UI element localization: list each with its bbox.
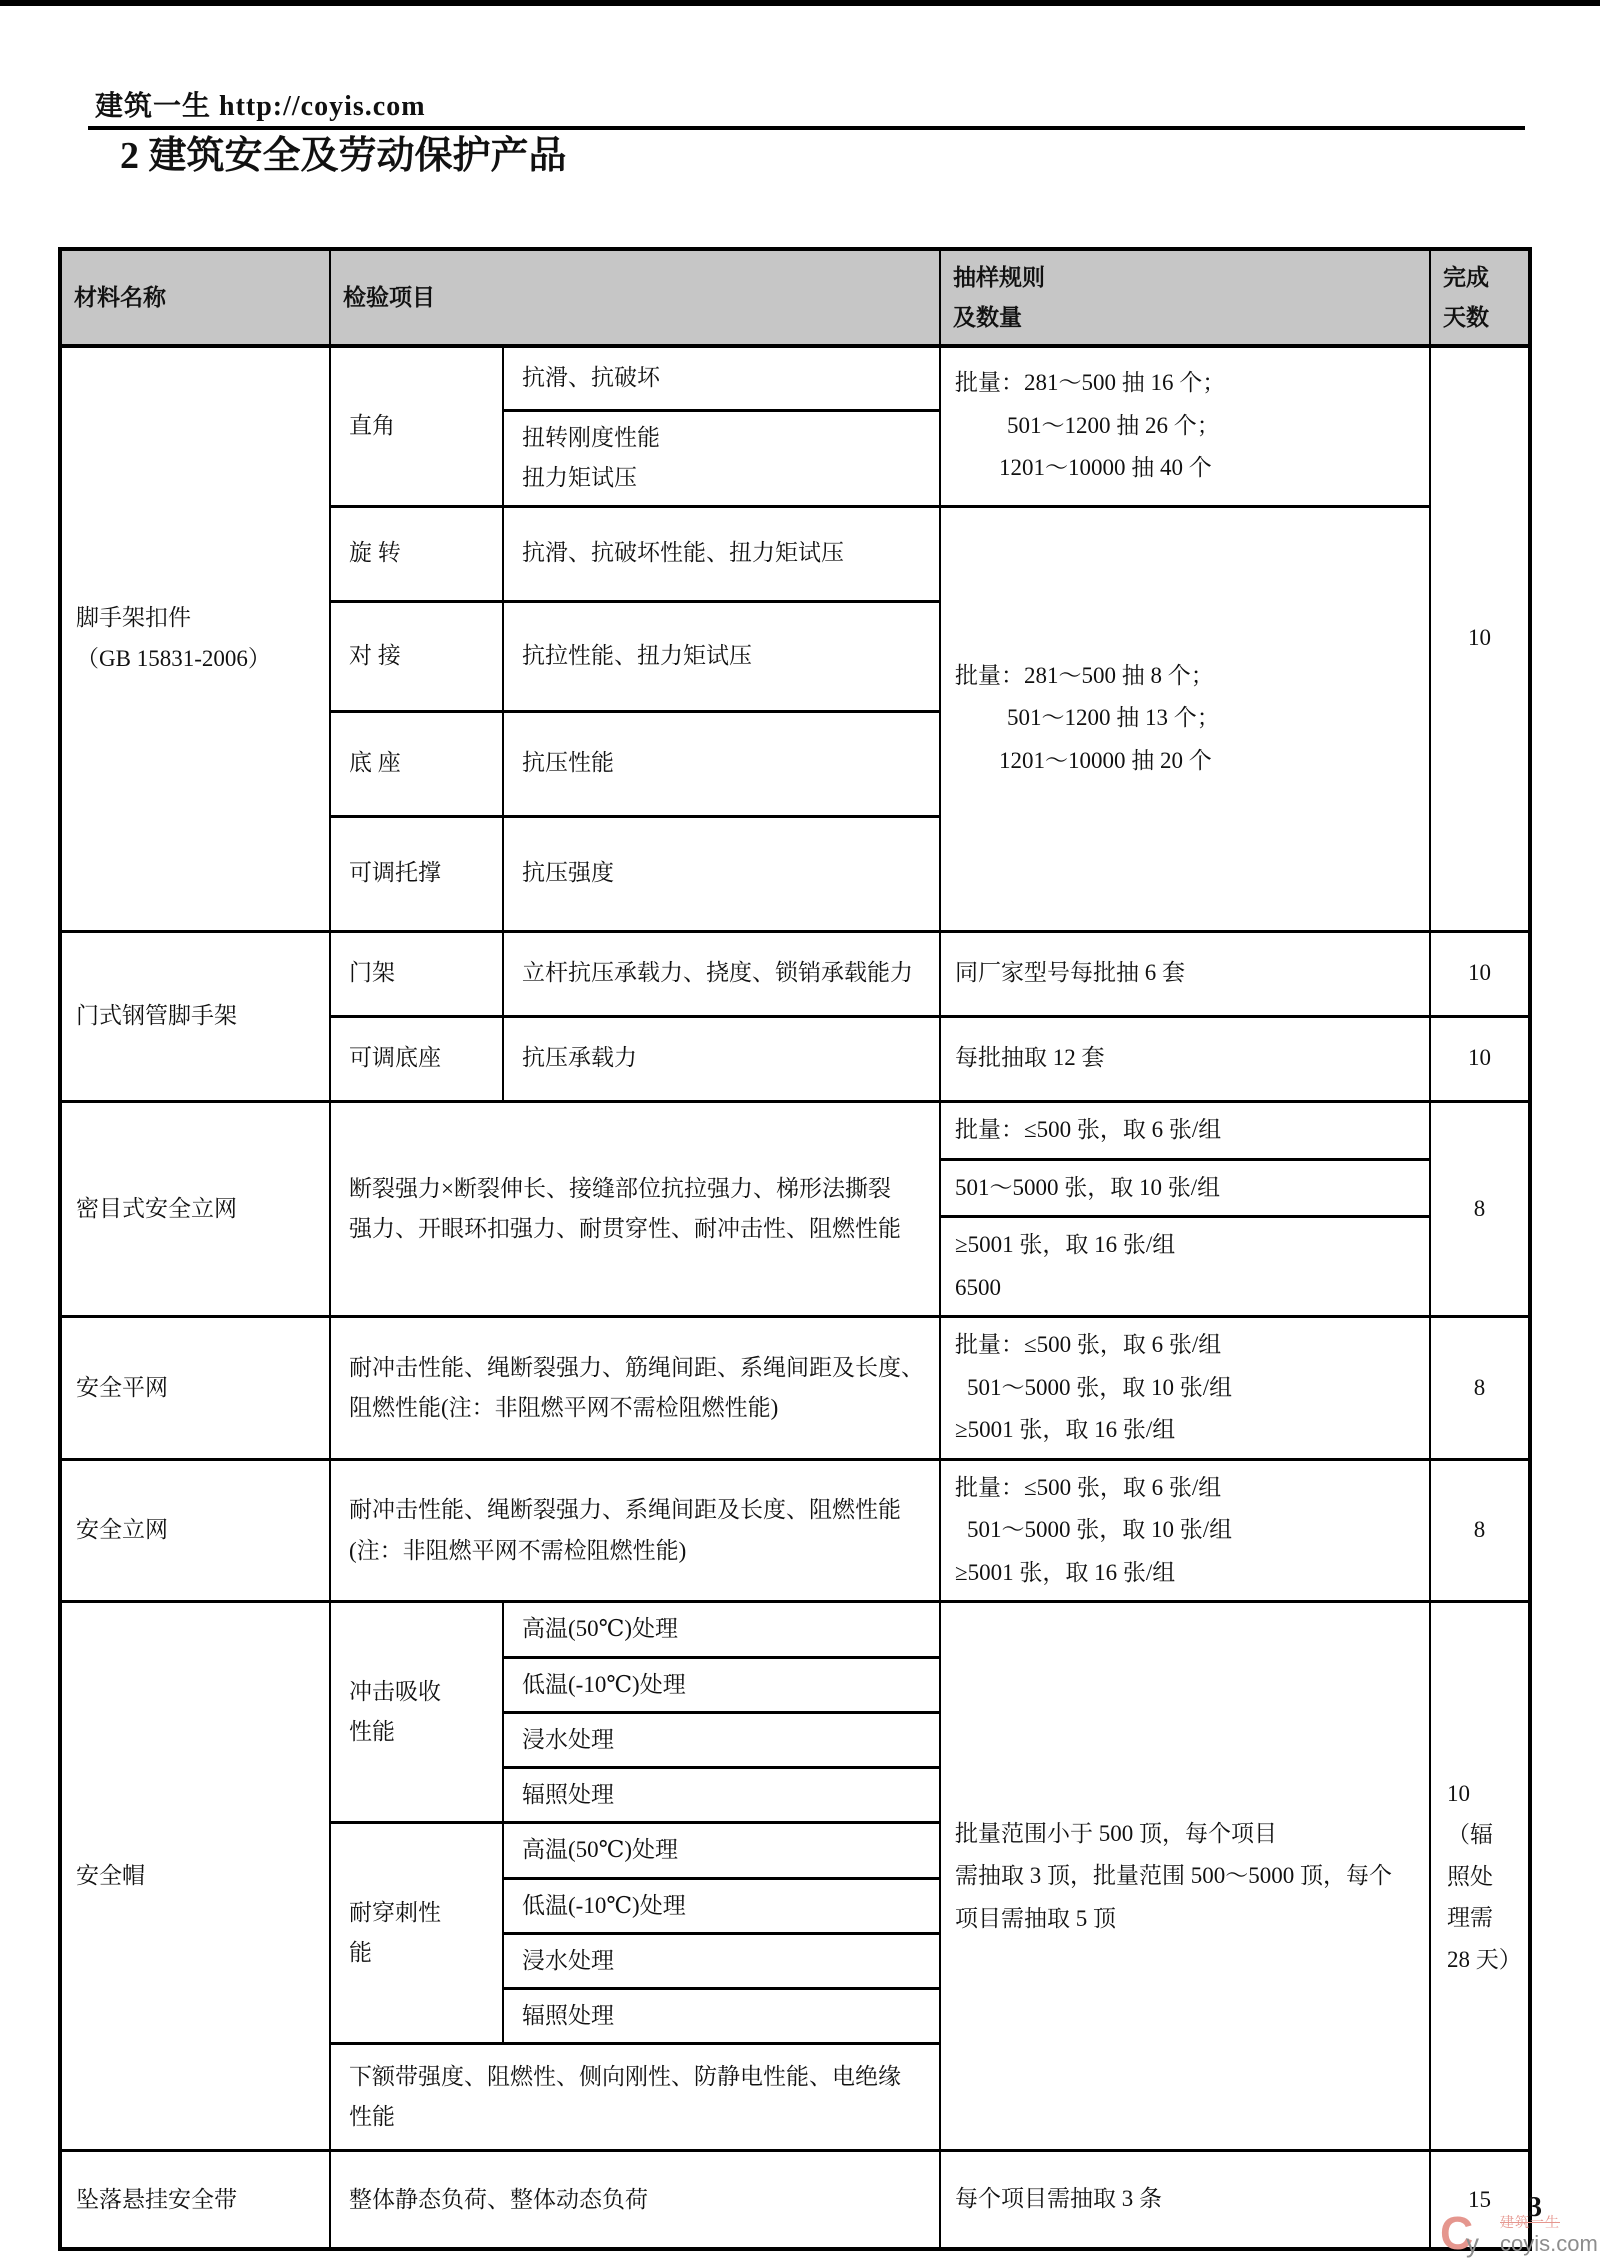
test-safety-flat-net: 耐冲击性能、绳断裂强力、筋绳间距、系绳间距及长度、 阻燃性能(注：非阻燃平网不需… <box>330 1317 940 1460</box>
days-note-line: 照处 <box>1447 1856 1524 1897</box>
days-dense-mesh: 8 <box>1430 1101 1530 1317</box>
item-line: 性能 <box>349 1712 490 1752</box>
item-butt-joint: 对 接 <box>330 601 503 711</box>
sampling-line: 501～1200 抽 13 个； <box>955 697 1417 740</box>
test-impact-soak: 浸水处理 <box>503 1712 940 1767</box>
test-line: 强力、开眼环扣强力、耐贯穿性、耐冲击性、阻燃性能 <box>349 1209 927 1249</box>
sampling-adjustable-base: 每批抽取 12 套 <box>940 1016 1430 1101</box>
sampling-dense-mesh-1: 批量：≤500 张，取 6 张/组 <box>940 1101 1430 1159</box>
logo-brand-cn: 建筑一生 <box>1500 2212 1598 2232</box>
sampling-line: 501～1200 抽 26 个； <box>955 405 1417 448</box>
test-line: (注：非阻燃平网不需检阻燃性能) <box>349 1531 927 1571</box>
sampling-line: 501～5000 张，取 10 张/组 <box>955 1367 1417 1410</box>
material-scaffold-coupler: 脚手架扣件 （GB 15831-2006） <box>60 346 330 932</box>
sampling-line: ≥5001 张，取 16 张/组 <box>955 1409 1417 1452</box>
table-row: 门式钢管脚手架 门架 立杆抗压承载力、挠度、锁销承载能力 同厂家型号每批抽 6 … <box>60 931 1530 1016</box>
item-rotating: 旋 转 <box>330 506 503 601</box>
table-header-row: 材料名称 检验项目 抽样规则 及数量 完成 天数 <box>60 249 1530 346</box>
table-row: 安全立网 耐冲击性能、绳断裂强力、系绳间距及长度、阻燃性能 (注：非阻燃平网不需… <box>60 1459 1530 1602</box>
test-rotating: 抗滑、抗破坏性能、扭力矩试压 <box>503 506 940 601</box>
item-line: 冲击吸收 <box>349 1672 490 1712</box>
inspection-table: 材料名称 检验项目 抽样规则 及数量 完成 天数 脚手架扣件 （GB 15831… <box>58 247 1532 2251</box>
test-line: 扭转刚度性能 <box>522 418 927 458</box>
test-fall-arrest-harness: 整体静态负荷、整体动态负荷 <box>330 2151 940 2249</box>
scan-edge-strip <box>0 0 1600 6</box>
header-days: 完成 天数 <box>1430 249 1530 346</box>
sampling-line: 批量：≤500 张，取 6 张/组 <box>955 1324 1417 1367</box>
material-fall-arrest-harness: 坠落悬挂安全带 <box>60 2151 330 2249</box>
table-row: 坠落悬挂安全带 整体静态负荷、整体动态负荷 每个项目需抽取 3 条 15 <box>60 2151 1530 2249</box>
item-door-frame: 门架 <box>330 931 503 1016</box>
test-line: 阻燃性能(注：非阻燃平网不需检阻燃性能) <box>349 1388 927 1428</box>
logo-y-glyph: y <box>1466 2228 1479 2259</box>
test-butt-joint: 抗拉性能、扭力矩试压 <box>503 601 940 711</box>
sampling-door-frame: 同厂家型号每批抽 6 套 <box>940 931 1430 1016</box>
material-safety-helmet: 安全帽 <box>60 1602 330 2151</box>
footer-logo: C y 建筑一生 coyis.com <box>1440 2212 1598 2260</box>
sampling-line: ≥5001 张，取 16 张/组 <box>955 1224 1417 1267</box>
sampling-line: 1201～10000 抽 40 个 <box>955 447 1417 490</box>
item-base: 底 座 <box>330 711 503 816</box>
days-safety-helmet: 10 （辐 照处 理需 28 天） <box>1430 1602 1530 2151</box>
test-dense-mesh-net: 断裂强力×断裂伸长、接缝部位抗拉强力、梯形法撕裂 强力、开眼环扣强力、耐贯穿性、… <box>330 1101 940 1317</box>
sampling-coupler-1: 批量：281～500 抽 16 个； 501～1200 抽 26 个； 1201… <box>940 346 1430 507</box>
page-title: 2 建筑安全及劳动保护产品 <box>120 124 567 179</box>
header-sampling: 抽样规则 及数量 <box>940 249 1430 346</box>
test-adjustable-bracket: 抗压强度 <box>503 816 940 931</box>
test-puncture-high-temp: 高温(50℃)处理 <box>503 1823 940 1878</box>
sampling-dense-mesh-2: 501～5000 张，取 10 张/组 <box>940 1159 1430 1217</box>
item-line: 能 <box>349 1933 490 1973</box>
coyis-logo-icon: C y <box>1440 2212 1498 2260</box>
sampling-line: ≥5001 张，取 16 张/组 <box>955 1552 1417 1595</box>
logo-brand-url: coyis.com <box>1500 2232 1598 2256</box>
table-row: 安全平网 耐冲击性能、绳断裂强力、筋绳间距、系绳间距及长度、 阻燃性能(注：非阻… <box>60 1317 1530 1460</box>
test-impact-irradiation: 辐照处理 <box>503 1768 940 1823</box>
days-note-line: （辐 <box>1447 1814 1524 1855</box>
days-note-line: 理需 <box>1447 1897 1524 1938</box>
item-impact-absorption: 冲击吸收 性能 <box>330 1602 503 1823</box>
sampling-dense-mesh-3: ≥5001 张，取 16 张/组 6500 <box>940 1217 1430 1317</box>
test-puncture-low-temp: 低温(-10℃)处理 <box>503 1878 940 1933</box>
sampling-line: 需抽取 3 顶，批量范围 500～5000 顶，每个 <box>955 1855 1417 1898</box>
test-puncture-soak: 浸水处理 <box>503 1933 940 1988</box>
test-helmet-other: 下额带强度、阻燃性、侧向刚性、防静电性能、电绝缘 性能 <box>330 2044 940 2151</box>
sampling-line: 项目需抽取 5 顶 <box>955 1898 1417 1941</box>
item-adjustable-bracket: 可调托撑 <box>330 816 503 931</box>
test-line: 耐冲击性能、绳断裂强力、筋绳间距、系绳间距及长度、 <box>349 1348 927 1388</box>
item-puncture-resistance: 耐穿刺性 能 <box>330 1823 503 2044</box>
item-line: 耐穿刺性 <box>349 1893 490 1933</box>
site-header: 建筑一生 http://coyis.com <box>95 84 426 124</box>
test-safety-vertical-net: 耐冲击性能、绳断裂强力、系绳间距及长度、阻燃性能 (注：非阻燃平网不需检阻燃性能… <box>330 1459 940 1602</box>
test-right-angle-2: 扭转刚度性能 扭力矩试压 <box>503 411 940 507</box>
days-note-line: 28 天） <box>1447 1939 1524 1980</box>
material-safety-flat-net: 安全平网 <box>60 1317 330 1460</box>
item-adjustable-base: 可调底座 <box>330 1016 503 1101</box>
sampling-line: 501～5000 张，取 10 张/组 <box>955 1509 1417 1552</box>
test-impact-high-temp: 高温(50℃)处理 <box>503 1602 940 1657</box>
test-door-frame: 立杆抗压承载力、挠度、锁销承载能力 <box>503 931 940 1016</box>
sampling-safety-vertical-net: 批量：≤500 张，取 6 张/组 501～5000 张，取 10 张/组 ≥5… <box>940 1459 1430 1602</box>
header-days-line1: 完成 <box>1443 257 1516 297</box>
days-safety-flat-net: 8 <box>1430 1317 1530 1460</box>
material-safety-vertical-net: 安全立网 <box>60 1459 330 1602</box>
test-line: 性能 <box>349 2097 927 2137</box>
item-right-angle: 直角 <box>330 346 503 507</box>
sampling-line: 批量：≤500 张，取 6 张/组 <box>955 1467 1417 1510</box>
header-days-line2: 天数 <box>1443 297 1516 337</box>
test-puncture-irradiation: 辐照处理 <box>503 1989 940 2044</box>
sampling-safety-flat-net: 批量：≤500 张，取 6 张/组 501～5000 张，取 10 张/组 ≥5… <box>940 1317 1430 1460</box>
material-dense-mesh-net: 密目式安全立网 <box>60 1101 330 1317</box>
test-base: 抗压性能 <box>503 711 940 816</box>
header-sampling-line1: 抽样规则 <box>953 257 1417 297</box>
table-row: 脚手架扣件 （GB 15831-2006） 直角 抗滑、抗破坏 批量：281～5… <box>60 346 1530 411</box>
sampling-line: 1201～10000 抽 20 个 <box>955 740 1417 783</box>
sampling-coupler-2: 批量：281～500 抽 8 个； 501～1200 抽 13 个； 1201～… <box>940 506 1430 931</box>
test-line: 断裂强力×断裂伸长、接缝部位抗拉强力、梯形法撕裂 <box>349 1169 927 1209</box>
table-row: 密目式安全立网 断裂强力×断裂伸长、接缝部位抗拉强力、梯形法撕裂 强力、开眼环扣… <box>60 1101 1530 1159</box>
days-value: 10 <box>1447 1773 1524 1814</box>
days-safety-vertical-net: 8 <box>1430 1459 1530 1602</box>
test-adjustable-base: 抗压承载力 <box>503 1016 940 1101</box>
document-page: 建筑一生 http://coyis.com 2 建筑安全及劳动保护产品 材料名称… <box>0 0 1600 2262</box>
table-row: 安全帽 冲击吸收 性能 高温(50℃)处理 批量范围小于 500 顶，每个项目 … <box>60 1602 1530 1657</box>
header-material: 材料名称 <box>60 249 330 346</box>
test-line: 扭力矩试压 <box>522 458 927 498</box>
test-line: 耐冲击性能、绳断裂强力、系绳间距及长度、阻燃性能 <box>349 1490 927 1530</box>
sampling-line: 批量：281～500 抽 16 个； <box>955 362 1417 405</box>
test-line: 下额带强度、阻燃性、侧向刚性、防静电性能、电绝缘 <box>349 2057 927 2097</box>
sampling-line: 批量：281～500 抽 8 个； <box>955 655 1417 698</box>
material-name-line1: 脚手架扣件 <box>76 598 317 638</box>
sampling-safety-helmet: 批量范围小于 500 顶，每个项目 需抽取 3 顶，批量范围 500～5000 … <box>940 1602 1430 2151</box>
sampling-line: 6500 <box>955 1267 1417 1310</box>
sampling-fall-arrest-harness: 每个项目需抽取 3 条 <box>940 2151 1430 2249</box>
days-door-frame: 10 <box>1430 931 1530 1016</box>
material-name-line2: （GB 15831-2006） <box>76 639 317 679</box>
test-impact-low-temp: 低温(-10℃)处理 <box>503 1657 940 1712</box>
sampling-line: 批量范围小于 500 顶，每个项目 <box>955 1813 1417 1856</box>
test-right-angle-1: 抗滑、抗破坏 <box>503 346 940 411</box>
header-inspection: 检验项目 <box>330 249 940 346</box>
material-door-frame-scaffold: 门式钢管脚手架 <box>60 931 330 1101</box>
header-sampling-line2: 及数量 <box>953 297 1417 337</box>
logo-text: 建筑一生 coyis.com <box>1500 2212 1598 2256</box>
days-adjustable-base: 10 <box>1430 1016 1530 1101</box>
days-coupler: 10 <box>1430 346 1530 932</box>
